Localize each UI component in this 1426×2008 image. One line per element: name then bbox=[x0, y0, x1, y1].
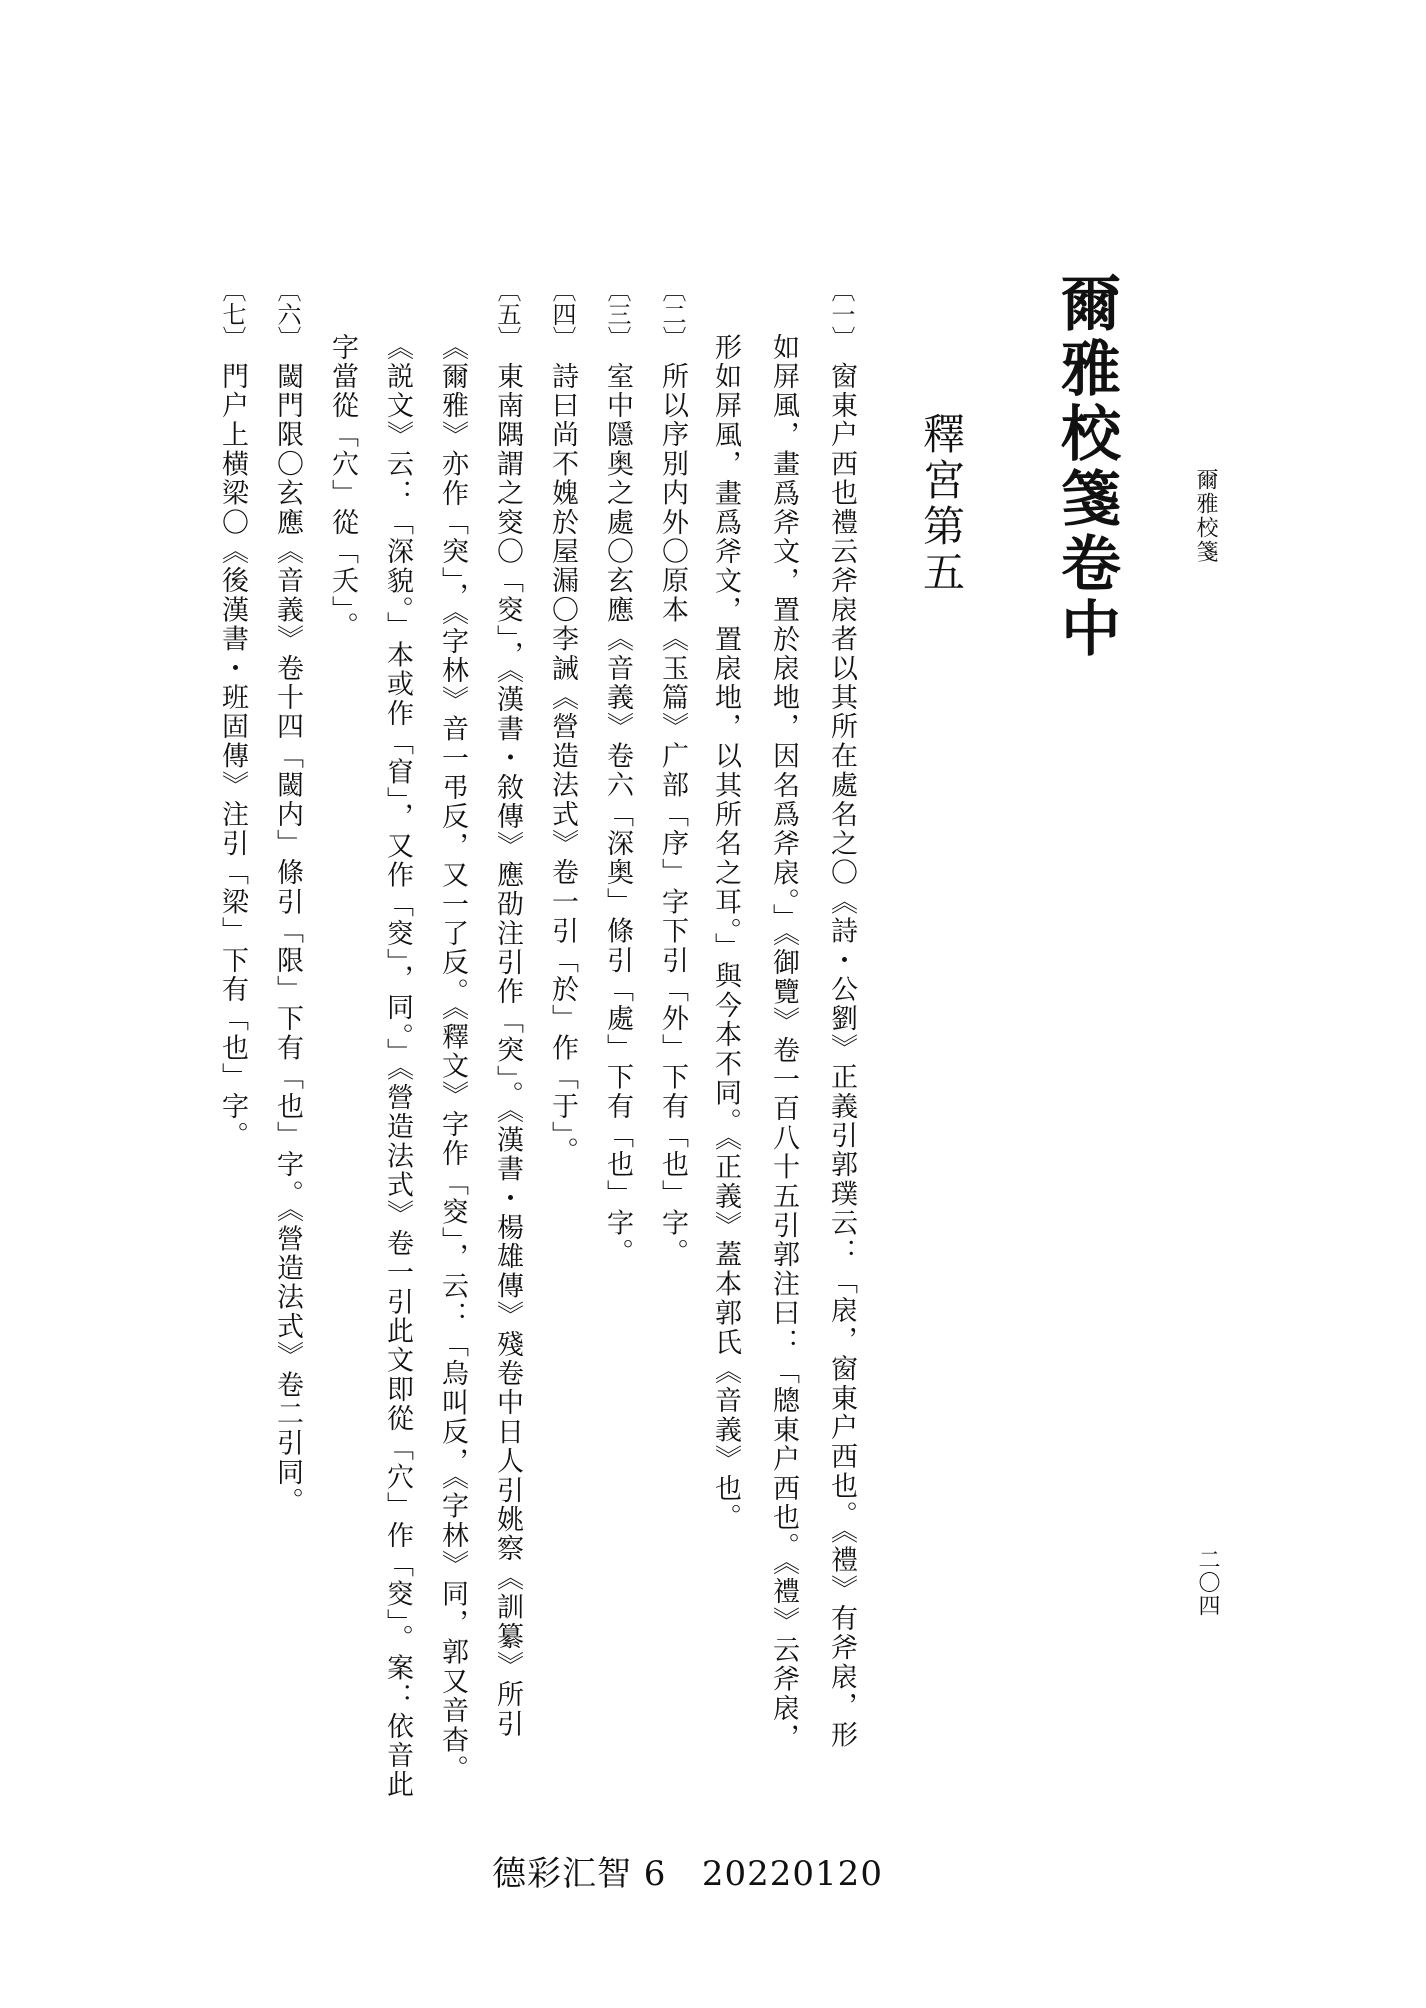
note-6-marker: 〔六〕 bbox=[268, 278, 306, 350]
note-1-line-2: 如屏風，畫爲斧文，置於扆地，因名爲斧扆。」《御覽》卷一百八十五引郭注曰：「牕東户… bbox=[764, 333, 802, 1753]
note-5-text: 東南隅謂之窔〇「窔」，《漢書・敘傳》應劭注引作「突」。《漢書・楊雄傳》殘卷中日人… bbox=[492, 362, 523, 1739]
note-1-line-1: 〔一〕窗東户西也禮云斧扆者以其所在處名之〇《詩・公劉》正義引郭璞云：「扆，窗東户… bbox=[822, 278, 860, 1750]
note-4-text: 詩曰尚不媿於屋漏〇李誡《營造法式》卷一引「於」作「于」。 bbox=[547, 362, 578, 1166]
note-4: 〔四〕詩曰尚不媿於屋漏〇李誡《營造法式》卷一引「於」作「于」。 bbox=[543, 278, 581, 1166]
note-7-marker: 〔七〕 bbox=[213, 278, 251, 350]
note-5-marker: 〔五〕 bbox=[488, 278, 526, 350]
note-3: 〔三〕室中隱奥之處〇玄應《音義》卷六「深奥」條引「處」下有「也」字。 bbox=[598, 278, 636, 1267]
note-1-text: 窗東户西也禮云斧扆者以其所在處名之〇《詩・公劉》正義引郭璞云：「扆，窗東户西也。… bbox=[826, 362, 857, 1750]
volume-title: 爾雅校箋卷中 bbox=[1050, 272, 1122, 662]
note-6-text: 閾門限〇玄應《音義》卷十四「閾内」條引「限」下有「也」字。《營造法式》卷二引同。 bbox=[272, 362, 303, 1517]
footer-stamp: 德彩汇智 6 20220120 bbox=[492, 1846, 883, 1895]
note-7-text: 門户上横梁〇《後漢書・班固傳》注引「梁」下有「也」字。 bbox=[217, 362, 248, 1150]
note-2-marker: 〔二〕 bbox=[653, 278, 691, 350]
chapter-title: 釋宮第五 bbox=[915, 412, 967, 596]
note-3-text: 室中隱奥之處〇玄應《音義》卷六「深奥」條引「處」下有「也」字。 bbox=[602, 362, 633, 1267]
note-1-marker: 〔一〕 bbox=[822, 278, 860, 350]
note-5-line-1: 〔五〕東南隅謂之窔〇「窔」，《漢書・敘傳》應劭注引作「突」。《漢書・楊雄傳》殘卷… bbox=[488, 278, 526, 1739]
note-5-line-4: 字當從「穴」從「夭」。 bbox=[323, 333, 361, 641]
note-5-line-3: 《説文》云：「深貌。」本或作「窅」，又作「窔」，同。」《營造法式》卷一引此文即從… bbox=[378, 333, 416, 1800]
note-2-text: 所以序別内外〇原本《玉篇》广部「序」字下引「外」下有「也」字。 bbox=[657, 362, 688, 1267]
page-number: 二〇四 bbox=[1192, 1548, 1222, 1617]
note-3-marker: 〔三〕 bbox=[598, 278, 636, 350]
note-7: 〔七〕門户上横梁〇《後漢書・班固傳》注引「梁」下有「也」字。 bbox=[213, 278, 251, 1150]
footer-watermark: 德彩汇智 6 bbox=[492, 1854, 666, 1894]
note-6: 〔六〕閾門限〇玄應《音義》卷十四「閾内」條引「限」下有「也」字。《營造法式》卷二… bbox=[268, 278, 306, 1517]
note-2: 〔二〕所以序別内外〇原本《玉篇》广部「序」字下引「外」下有「也」字。 bbox=[653, 278, 691, 1267]
note-4-marker: 〔四〕 bbox=[543, 278, 581, 350]
book-page: 爾雅校箋 二〇四 爾雅校箋卷中 釋宮第五 〔一〕窗東户西也禮云斧扆者以其所在處名… bbox=[0, 0, 1426, 2008]
running-head: 爾雅校箋 bbox=[1190, 468, 1220, 564]
note-5-line-2: 《爾雅》亦作「突」，《字林》音一弔反，又一了反。《釋文》字作「窔」，云：「烏叫反… bbox=[433, 333, 471, 1784]
note-1-line-3: 形如屏風，畫爲斧文，置扆地，以其所名之耳。」與今本不同。《正義》蓋本郭氏《音義》… bbox=[706, 333, 744, 1532]
footer-date: 20220120 bbox=[702, 1854, 883, 1894]
